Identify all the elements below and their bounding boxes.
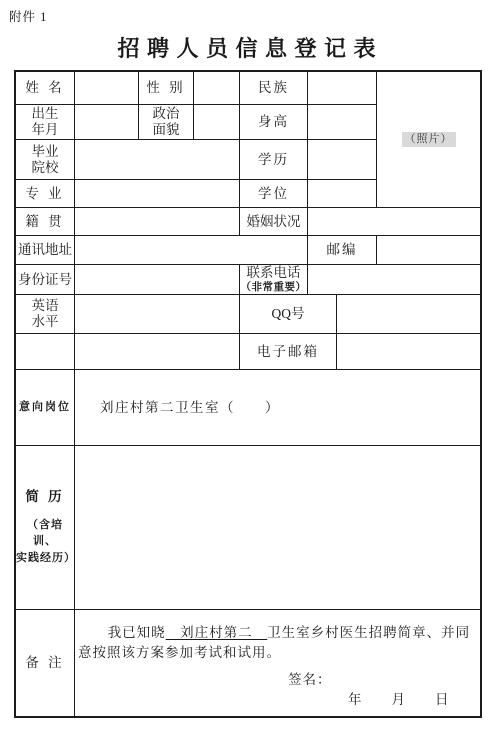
remark-blank-underlined[interactable]: 刘庄村第二 xyxy=(166,625,268,640)
id-number-field[interactable] xyxy=(75,265,240,295)
gender-label: 性 别 xyxy=(139,72,194,105)
ethnicity-label: 民族 xyxy=(240,72,308,105)
english-level-field[interactable] xyxy=(75,295,240,334)
phone-important-note: （非常重要） xyxy=(241,282,307,294)
remark-statement: 我已知晓 刘庄村第二 卫生室乡村医生招聘简章、并同意按照该方案参加考试和试用。 xyxy=(78,623,472,662)
id-number-label: 身份证号 xyxy=(16,265,75,295)
ethnicity-field[interactable] xyxy=(308,72,377,105)
major-label: 专 业 xyxy=(16,180,75,208)
degree-label: 学位 xyxy=(240,180,308,208)
resume-field[interactable] xyxy=(75,446,480,610)
postcode-field[interactable] xyxy=(377,236,480,265)
resume-label: 简 历 （含培训、 实践经历） xyxy=(16,446,75,610)
signature-label[interactable]: 签名： xyxy=(288,672,472,688)
major-field[interactable] xyxy=(75,180,240,208)
education-label: 学历 xyxy=(240,140,308,180)
height-label: 身高 xyxy=(240,105,308,140)
school-label: 毕业 院校 xyxy=(16,140,75,180)
remark-text-before: 我已知晓 xyxy=(108,625,166,640)
registration-form-table: 姓 名 性 别 民族 （照片） 出生 年月 政治 面貌 身高 毕业 院校 学历 … xyxy=(14,70,482,718)
birthdate-label: 出生 年月 xyxy=(16,105,75,140)
marital-status-label: 婚姻状况 xyxy=(240,208,308,236)
qq-field[interactable] xyxy=(337,295,480,334)
page-title: 招 聘 人 员 信 息 登 记 表 xyxy=(0,32,494,63)
attachment-label: 附件 1 xyxy=(9,7,47,25)
political-status-field[interactable] xyxy=(194,105,240,140)
postcode-label: 邮编 xyxy=(308,236,377,265)
resume-title: 简 历 xyxy=(25,489,64,505)
phone-field[interactable] xyxy=(308,265,480,295)
email-label: 电子邮箱 xyxy=(240,334,337,370)
native-place-label: 籍 贯 xyxy=(16,208,75,236)
address-label: 通讯地址 xyxy=(16,236,75,265)
photo-placeholder[interactable]: （照片） xyxy=(377,72,480,208)
english-level-label: 英语 水平 xyxy=(16,295,75,334)
degree-field[interactable] xyxy=(308,180,377,208)
photo-label: （照片） xyxy=(402,132,456,147)
resume-note: （含培训、 实践经历） xyxy=(16,517,74,567)
document-page: 附件 1 招 聘 人 员 信 息 登 记 表 姓 名 性 别 民族 （照片） 出… xyxy=(0,0,494,732)
spare-label-cell xyxy=(16,334,75,370)
marital-status-field[interactable] xyxy=(308,208,480,236)
qq-label: QQ号 xyxy=(240,295,337,334)
address-field[interactable] xyxy=(75,236,308,265)
date-fields[interactable]: 年 月 日 xyxy=(348,692,472,708)
remark-label: 备 注 xyxy=(16,610,75,716)
school-field[interactable] xyxy=(75,140,240,180)
height-field[interactable] xyxy=(308,105,377,140)
position-value: 刘庄村第二卫生室（ ） xyxy=(75,370,480,446)
remark-content: 我已知晓 刘庄村第二 卫生室乡村医生招聘简章、并同意按照该方案参加考试和试用。 … xyxy=(75,610,480,716)
phone-label-text: 联系电话 xyxy=(247,265,301,281)
political-status-label: 政治 面貌 xyxy=(139,105,194,140)
position-label: 意向岗位 xyxy=(16,370,75,446)
name-label: 姓 名 xyxy=(16,72,75,105)
native-place-field[interactable] xyxy=(75,208,240,236)
name-field[interactable] xyxy=(75,72,139,105)
spare-value-cell[interactable] xyxy=(75,334,240,370)
email-field[interactable] xyxy=(337,334,480,370)
birthdate-field[interactable] xyxy=(75,105,139,140)
education-field[interactable] xyxy=(308,140,377,180)
phone-label: 联系电话 （非常重要） xyxy=(240,265,308,295)
gender-field[interactable] xyxy=(194,72,240,105)
